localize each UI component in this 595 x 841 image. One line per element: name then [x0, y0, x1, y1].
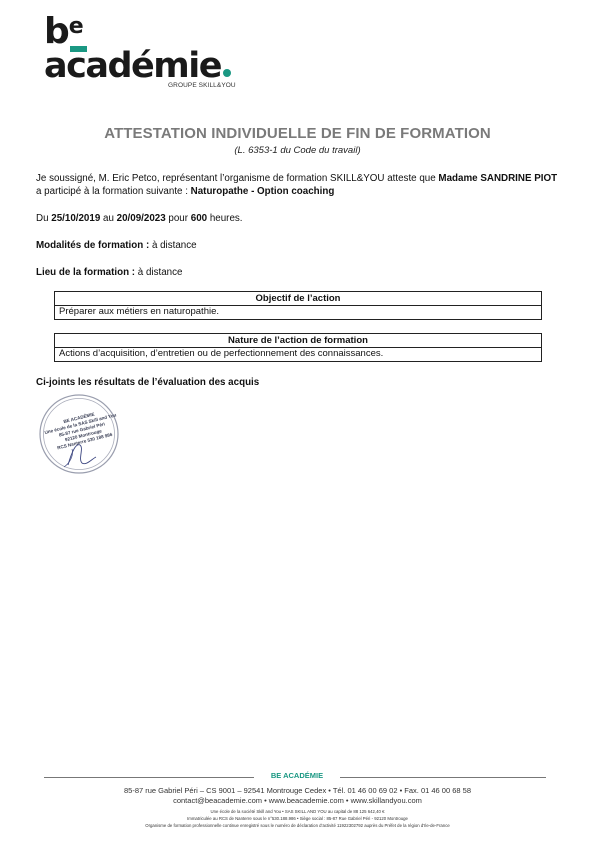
end-date: 20/09/2023: [117, 213, 166, 224]
lieu-value: à distance: [138, 267, 183, 278]
hours-count: 600: [191, 213, 207, 224]
modalites-value: à distance: [152, 240, 197, 251]
intro-text-line2: a participé à la formation suivante :: [36, 186, 191, 197]
intro-paragraph: Je soussigné, M. Eric Petco, représentan…: [36, 172, 576, 198]
logo-academie: académie: [44, 46, 231, 86]
start-date: 25/10/2019: [51, 213, 100, 224]
document-title: ATTESTATION INDIVIDUELLE DE FIN DE FORMA…: [0, 125, 595, 142]
footer-address: 85-87 rue Gabriel Péri – CS 9001 – 92541…: [0, 786, 595, 796]
modalites-paragraph: Modalités de formation : à distance: [36, 239, 197, 252]
footer-legal-1: Une école de la société Skill and You • …: [0, 809, 595, 815]
footer-contact[interactable]: contact@beacademie.com • www.beacademie.…: [0, 796, 595, 806]
lieu-paragraph: Lieu de la formation : à distance: [36, 266, 182, 279]
document-subtitle: (L. 6353-1 du Code du travail): [0, 145, 595, 156]
company-stamp: BE ACADÉMIE Une école de la SAS Skill an…: [38, 393, 120, 475]
modalites-label: Modalités de formation :: [36, 240, 152, 251]
formation-name: Naturopathe - Option coaching: [191, 186, 335, 197]
footer-brand: BE ACADÉMIE: [254, 771, 340, 780]
period-middle: au: [100, 213, 116, 224]
intro-text: Je soussigné, M. Eric Petco, représentan…: [36, 173, 438, 184]
footer-divider-left: [44, 777, 254, 778]
logo-dot-icon: [223, 69, 231, 77]
nature-table: Nature de l’action de formation Actions …: [54, 333, 542, 362]
objectif-table: Objectif de l’action Préparer aux métier…: [54, 291, 542, 320]
attachments-note: Ci-joints les résultats de l’évaluation …: [36, 376, 259, 389]
lieu-label: Lieu de la formation :: [36, 267, 138, 278]
period-prefix: Du: [36, 213, 51, 224]
objectif-header: Objectif de l’action: [55, 292, 541, 306]
footer-divider-right: [340, 777, 546, 778]
hours-prefix: pour: [166, 213, 191, 224]
logo-tagline: GROUPE SKILL&YOU: [168, 82, 236, 89]
nature-header: Nature de l’action de formation: [55, 334, 541, 348]
nature-content: Actions d’acquisition, d’entretien ou de…: [55, 348, 541, 361]
be-academie-logo: be académie GROUPE SKILL&YOU: [44, 14, 264, 94]
logo-academie-text: académie: [44, 46, 221, 86]
trainee-name: Madame SANDRINE PIOT: [438, 173, 557, 184]
period-paragraph: Du 25/10/2019 au 20/09/2023 pour 600 heu…: [36, 212, 243, 225]
footer-legal-2: Immatriculée au RCS de Nanterre sous le …: [0, 816, 595, 822]
footer-legal-3: Organisme de formation professionnelle c…: [0, 823, 595, 829]
hours-suffix: heures.: [207, 213, 242, 224]
objectif-content: Préparer aux métiers en naturopathie.: [55, 306, 541, 319]
